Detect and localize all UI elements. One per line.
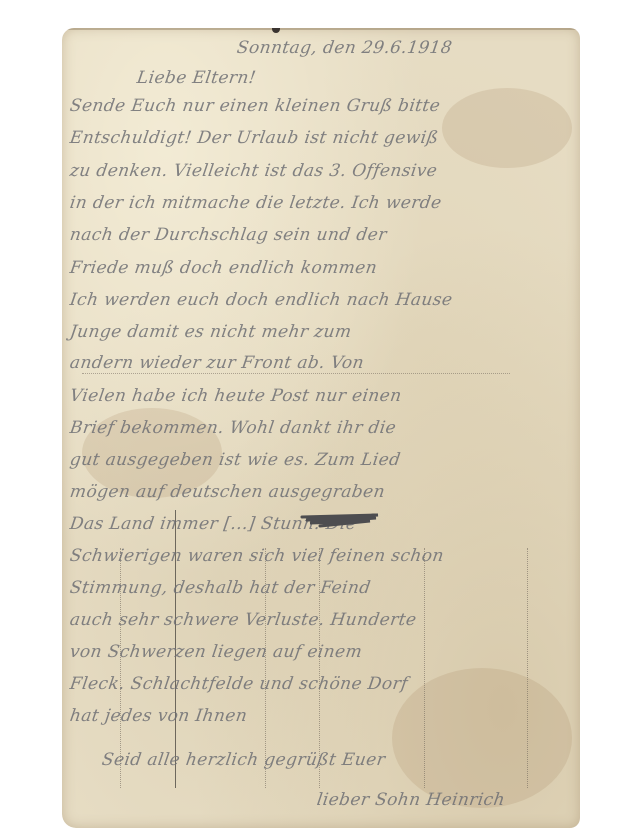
text-line: Ich werden euch doch endlich nach Hause bbox=[69, 290, 454, 310]
signature: lieber Sohn Heinrich bbox=[316, 790, 507, 810]
text-line: Brief bekommen. Wohl dankt ihr die bbox=[69, 418, 398, 438]
text-line: Stimmung, deshalb hat der Feind bbox=[69, 578, 372, 598]
text-line: nach der Durchschlag sein und der bbox=[69, 225, 388, 245]
text-line: Sende Euch nur einen kleinen Gruß bitte bbox=[69, 96, 442, 116]
redaction-scribble bbox=[300, 512, 380, 528]
postcard: Sonntag, den 29.6.1918 Liebe Eltern! Sen… bbox=[62, 28, 580, 828]
text-line: Entschuldigt! Der Urlaub ist nicht gewiß bbox=[69, 128, 440, 148]
guide-line bbox=[82, 373, 510, 374]
text-line: gut ausgegeben ist wie es. Zum Lied bbox=[69, 450, 402, 470]
text-line: Vielen habe ich heute Post nur einen bbox=[69, 386, 403, 406]
text-line: von Schwerzen liegen auf einem bbox=[69, 642, 364, 662]
text-line: Friede muß doch endlich kommen bbox=[69, 258, 379, 278]
salutation: Liebe Eltern! bbox=[136, 68, 258, 88]
text-line: Schwierigen waren sich viel feinen schon bbox=[69, 546, 446, 566]
text-line: Fleck. Schlachtfelde und schöne Dorf bbox=[69, 674, 410, 694]
paper-stain bbox=[442, 88, 572, 168]
closing: Seid alle herzlich gegrüßt Euer bbox=[101, 750, 387, 770]
guide-line bbox=[424, 548, 425, 788]
text-line: Junge damit es nicht mehr zum bbox=[69, 322, 353, 342]
card-edge bbox=[62, 28, 580, 30]
guide-line bbox=[527, 548, 528, 788]
text-line: andern wieder zur Front ab. Von bbox=[69, 353, 366, 373]
text-line: auch sehr schwere Verluste. Hunderte bbox=[69, 610, 418, 630]
date-header: Sonntag, den 29.6.1918 bbox=[236, 38, 454, 58]
text-line: in der ich mitmache die letzte. Ich werd… bbox=[69, 193, 443, 213]
pin-hole bbox=[272, 28, 280, 33]
paper-stain bbox=[392, 668, 572, 808]
text-line: zu denken. Vielleicht ist das 3. Offensi… bbox=[69, 161, 439, 181]
text-line: hat jedes von Ihnen bbox=[69, 706, 249, 726]
text-line: mögen auf deutschen ausgegraben bbox=[69, 482, 387, 502]
